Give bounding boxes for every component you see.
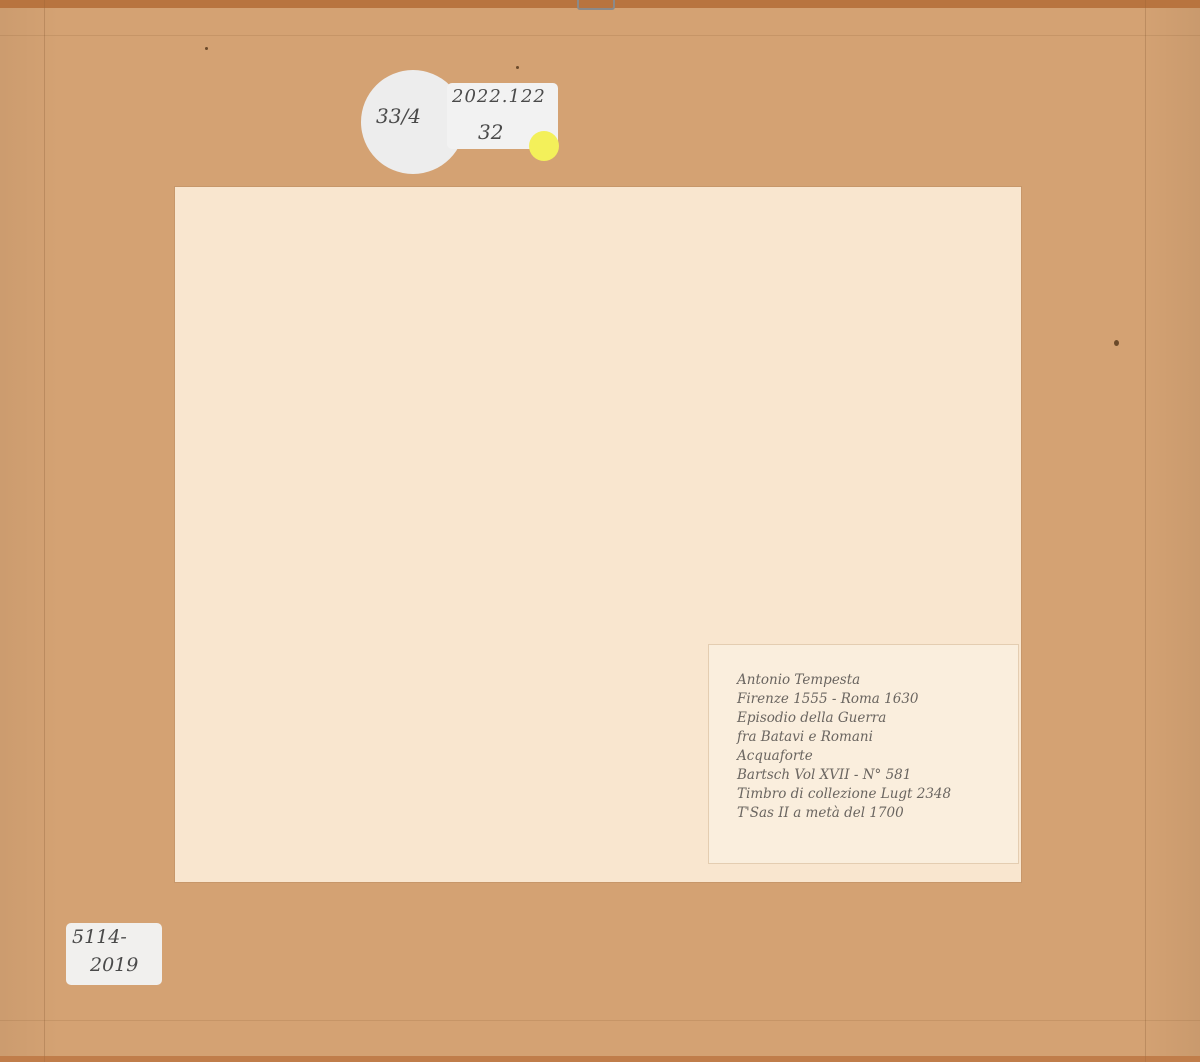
stain-spot	[1114, 340, 1119, 346]
note-line-catalog: Bartsch Vol XVII - N° 581	[737, 766, 951, 785]
bottom-label-line1: 5114-	[72, 926, 127, 948]
round-sticker-text: 33/4	[376, 104, 421, 128]
note-line-title: Episodio della Guerra	[737, 709, 951, 728]
item-number: 32	[478, 120, 503, 144]
note-line-technique: Acquaforte	[737, 747, 951, 766]
bottom-label-line2: 2019	[90, 954, 138, 976]
note-line-dates: Firenze 1555 - Roma 1630	[737, 690, 951, 709]
note-line-collector: T'Sas II a metà del 1700	[737, 804, 951, 823]
frame-bottom-edge	[0, 1056, 1200, 1062]
tape-edge-top	[0, 35, 1200, 36]
note-line-title-cont: fra Batavi e Romani	[737, 728, 951, 747]
note-line-stamp: Timbro di collezione Lugt 2348	[737, 785, 951, 804]
stain-spot	[205, 47, 208, 50]
yellow-dot-sticker	[529, 131, 559, 161]
tape-edge-bottom	[0, 1020, 1200, 1021]
tape-edge-left	[44, 0, 45, 1062]
stain-spot	[516, 66, 519, 69]
inventory-number: 2022.122	[452, 86, 546, 107]
note-line-artist: Antonio Tempesta	[737, 671, 951, 690]
handwritten-note-card: Antonio Tempesta Firenze 1555 - Roma 163…	[709, 645, 1018, 863]
tape-edge-right	[1145, 0, 1146, 1062]
framed-artwork-back: 33/4 2022.122 32 Antonio Tempesta Firenz…	[0, 0, 1200, 1062]
